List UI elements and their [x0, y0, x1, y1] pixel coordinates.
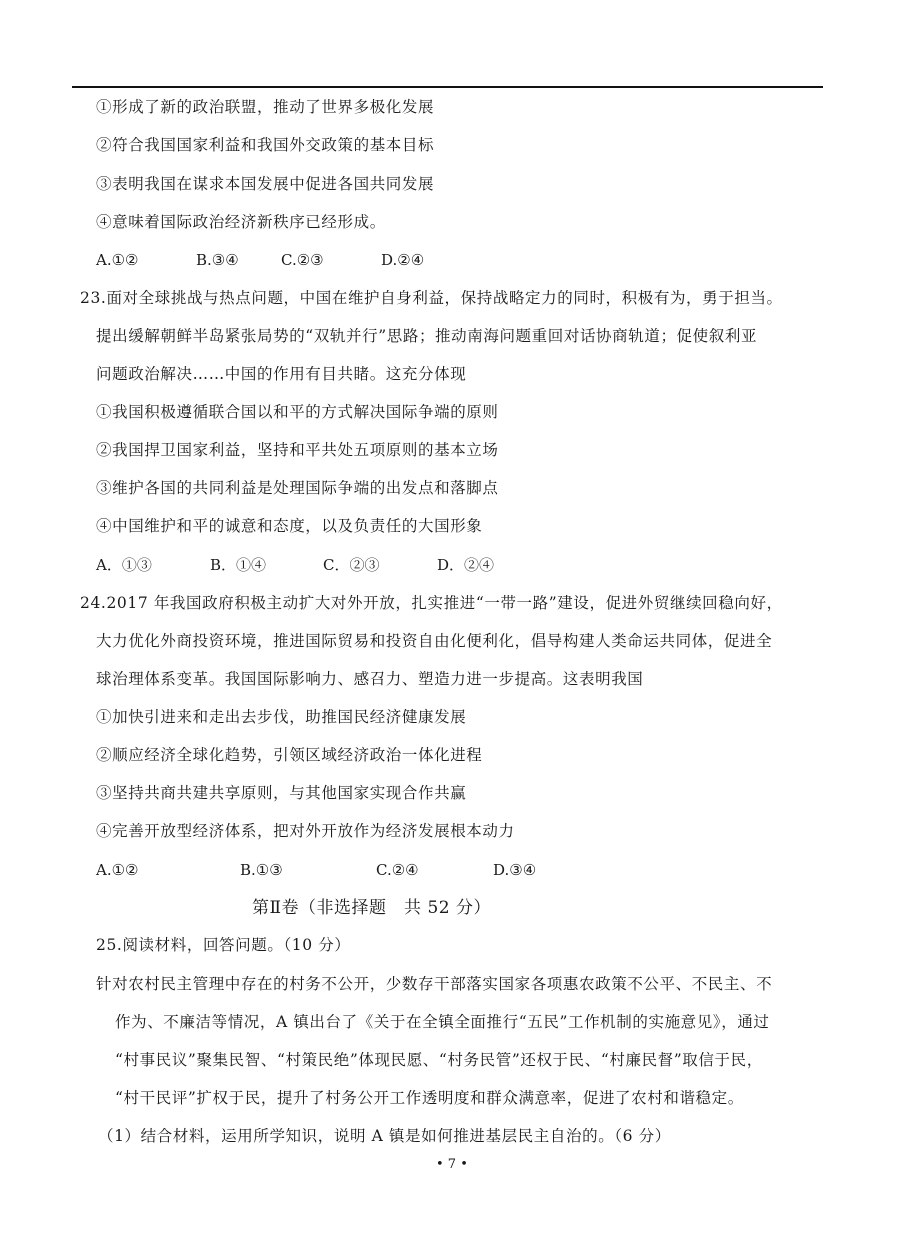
q25-subquestion-1: （1）结合材料，运用所学知识，说明 A 镇是如何推进基层民主自治的。（6 分） [98, 1126, 671, 1146]
q22-statement-2: ②符合我国国家利益和我国外交政策的基本目标 [96, 135, 434, 155]
q22-statement-4: ④意味着国际政治经济新秩序已经形成。 [96, 212, 386, 232]
q23-stem-line-2: 提出缓解朝鲜半岛紧张局势的“双轨并行”思路；推动南海问题重回对话协商轨道；促使叙… [96, 326, 757, 346]
q25-heading: 25.阅读材料，回答问题。（10 分） [96, 935, 350, 955]
q23-statement-3: ③维护各国的共同利益是处理国际争端的出发点和落脚点 [96, 478, 499, 498]
q22-statement-1: ①形成了新的政治联盟，推动了世界多极化发展 [96, 97, 434, 117]
q24-stem-line-2: 大力优化外商投资环境，推进国际贸易和投资自由化便利化，倡导构建人类命运共同体，促… [96, 631, 772, 651]
q24-option-a: A.①② [96, 860, 139, 880]
q23-stem-line-1: 23.面对全球挑战与热点问题，中国在维护自身利益，保持战略定力的同时，积极有为，… [80, 288, 783, 308]
q24-statement-4: ④完善开放型经济体系，把对外开放作为经济发展根本动力 [96, 821, 515, 841]
q23-option-b: B．①④ [210, 555, 266, 575]
q23-statement-2: ②我国捍卫国家利益，坚持和平共处五项原则的基本立场 [96, 440, 499, 460]
page-number: • 7 • [436, 1157, 468, 1172]
q25-material-line-1: 针对农村民主管理中存在的村务不公开，少数存干部落实国家各项惠农政策不公平、不民主… [96, 974, 772, 994]
q24-statement-1: ①加快引进来和走出去步伐，助推国民经济健康发展 [96, 707, 466, 727]
q24-statement-2: ②顺应经济全球化趋势，引领区域经济政治一体化进程 [96, 745, 482, 765]
q23-option-a: A．①③ [96, 555, 152, 575]
q23-statement-1: ①我国积极遵循联合国以和平的方式解决国际争端的原则 [96, 402, 499, 422]
q23-option-d: D．②④ [437, 555, 494, 575]
q22-option-b: B.③④ [196, 250, 239, 270]
q22-option-a: A.①② [96, 250, 139, 270]
q24-option-c: C.②④ [376, 860, 419, 880]
q25-material-line-4: “村干民评”扩权于民，提升了村务公开工作透明度和群众满意率，促进了农村和谐稳定。 [115, 1088, 744, 1108]
q25-material-line-3: “村事民议”聚集民智、“村策民绝”体现民愿、“村务民管”还权于民、“村廉民督”取… [115, 1050, 763, 1070]
q23-statement-4: ④中国维护和平的诚意和态度，以及负责任的大国形象 [96, 516, 482, 536]
section-2-title: 第Ⅱ卷（非选择题 共 52 分） [252, 897, 491, 919]
q22-statement-3: ③表明我国在谋求本国发展中促进各国共同发展 [96, 174, 434, 194]
q24-stem-line-3: 球治理体系变革。我国国际影响力、感召力、塑造力进一步提高。这表明我国 [96, 669, 643, 689]
q24-statement-3: ③坚持共商共建共享原则，与其他国家实现合作共赢 [96, 783, 466, 803]
q22-option-d: D.②④ [381, 250, 424, 270]
q22-option-c: C.②③ [281, 250, 324, 270]
q25-material-line-2: 作为、不廉洁等情况，A 镇出台了《关于在全镇全面推行“五民”工作机制的实施意见》… [115, 1012, 770, 1032]
q24-stem-line-1: 24.2017 年我国政府积极主动扩大对外开放，扎实推进“一带一路”建设，促进外… [80, 593, 783, 613]
q23-stem-line-3: 问题政治解决……中国的作用有目共睹。这充分体现 [96, 364, 466, 384]
q24-option-b: B.①③ [240, 860, 283, 880]
header-rule [72, 86, 823, 88]
q23-option-c: C．②③ [323, 555, 379, 575]
q24-option-d: D.③④ [493, 860, 536, 880]
